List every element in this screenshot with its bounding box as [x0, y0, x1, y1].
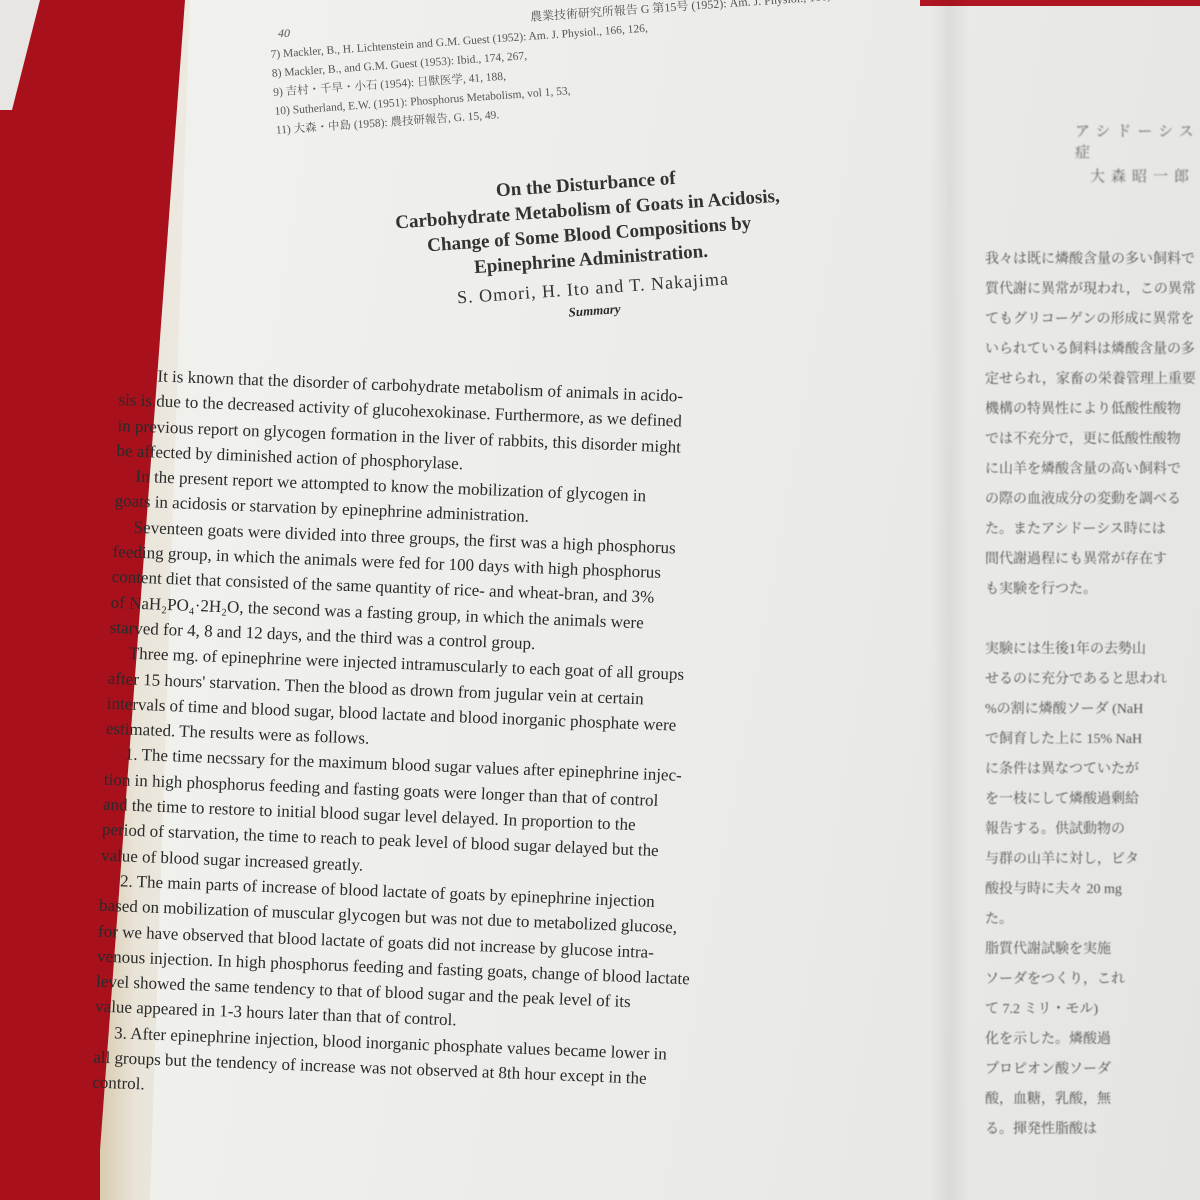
facing-line: に条件は異なつていたが — [985, 755, 1200, 785]
facing-line: 酸，血糖，乳酸，無 — [985, 1085, 1200, 1115]
facing-line: て 7.2 ミリ・モル) — [985, 995, 1200, 1025]
facing-line — [985, 605, 1200, 635]
facing-line: 与群の山羊に対し，ビタ — [985, 845, 1200, 875]
facing-line: せるのに充分であると思われ — [985, 665, 1200, 695]
facing-line: いられている飼料は燐酸含量の多 — [985, 335, 1200, 365]
facing-line: で飼育した上に 15% NaH — [985, 725, 1200, 755]
facing-line: てもグリコーゲンの形成に異常を — [985, 305, 1200, 335]
facing-line: %の割に燐酸ソーダ (NaH — [985, 695, 1200, 725]
facing-line: 我々は既に燐酸含量の多い飼料で — [985, 245, 1200, 275]
summary-body: It is known that the disorder of carbohy… — [92, 362, 970, 1128]
background-cloth-corner — [0, 0, 40, 110]
facing-page-text: 我々は既に燐酸含量の多い飼料で 質代謝に異常が現われ，この異常 てもグリコーゲン… — [985, 245, 1200, 1145]
facing-line: を一枝にして燐酸過剰給 — [985, 785, 1200, 815]
facing-line: る。揮発性脂酸は — [985, 1115, 1200, 1145]
facing-line: に山羊を燐酸含量の高い飼料で — [985, 455, 1200, 485]
facing-line: 報告する。供試動物の — [985, 815, 1200, 845]
facing-line: た。 — [985, 905, 1200, 935]
facing-line: た。またアシドーシス時には — [985, 515, 1200, 545]
facing-line: ソーダをつくり，これ — [985, 965, 1200, 995]
facing-line: 機構の特異性により低酸性酸物 — [985, 395, 1200, 425]
facing-line: 質代謝に異常が現われ，この異常 — [985, 275, 1200, 305]
page-number: 40 — [278, 26, 290, 41]
facing-line: 酸投与時に夫々 20 mg — [985, 875, 1200, 905]
facing-line: 脂質代謝試験を実施 — [985, 935, 1200, 965]
facing-line: も実験を行つた。 — [985, 575, 1200, 605]
facing-page-title: アシドーシス症 — [1075, 120, 1200, 162]
facing-line: 間代謝過程にも異常が存在す — [985, 545, 1200, 575]
facing-line: の際の血液成分の変動を調べる — [985, 485, 1200, 515]
facing-page-author: 大森昭一郎 — [1090, 165, 1195, 186]
facing-line: では不充分で，更に低酸性酸物 — [985, 425, 1200, 455]
facing-line: 化を示した。燐酸過 — [985, 1025, 1200, 1055]
facing-line: 実験には生後1年の去勢山 — [985, 635, 1200, 665]
facing-line: プロピオン酸ソーダ — [985, 1055, 1200, 1085]
facing-line: 定せられ，家畜の栄養管理上重要 — [985, 365, 1200, 395]
